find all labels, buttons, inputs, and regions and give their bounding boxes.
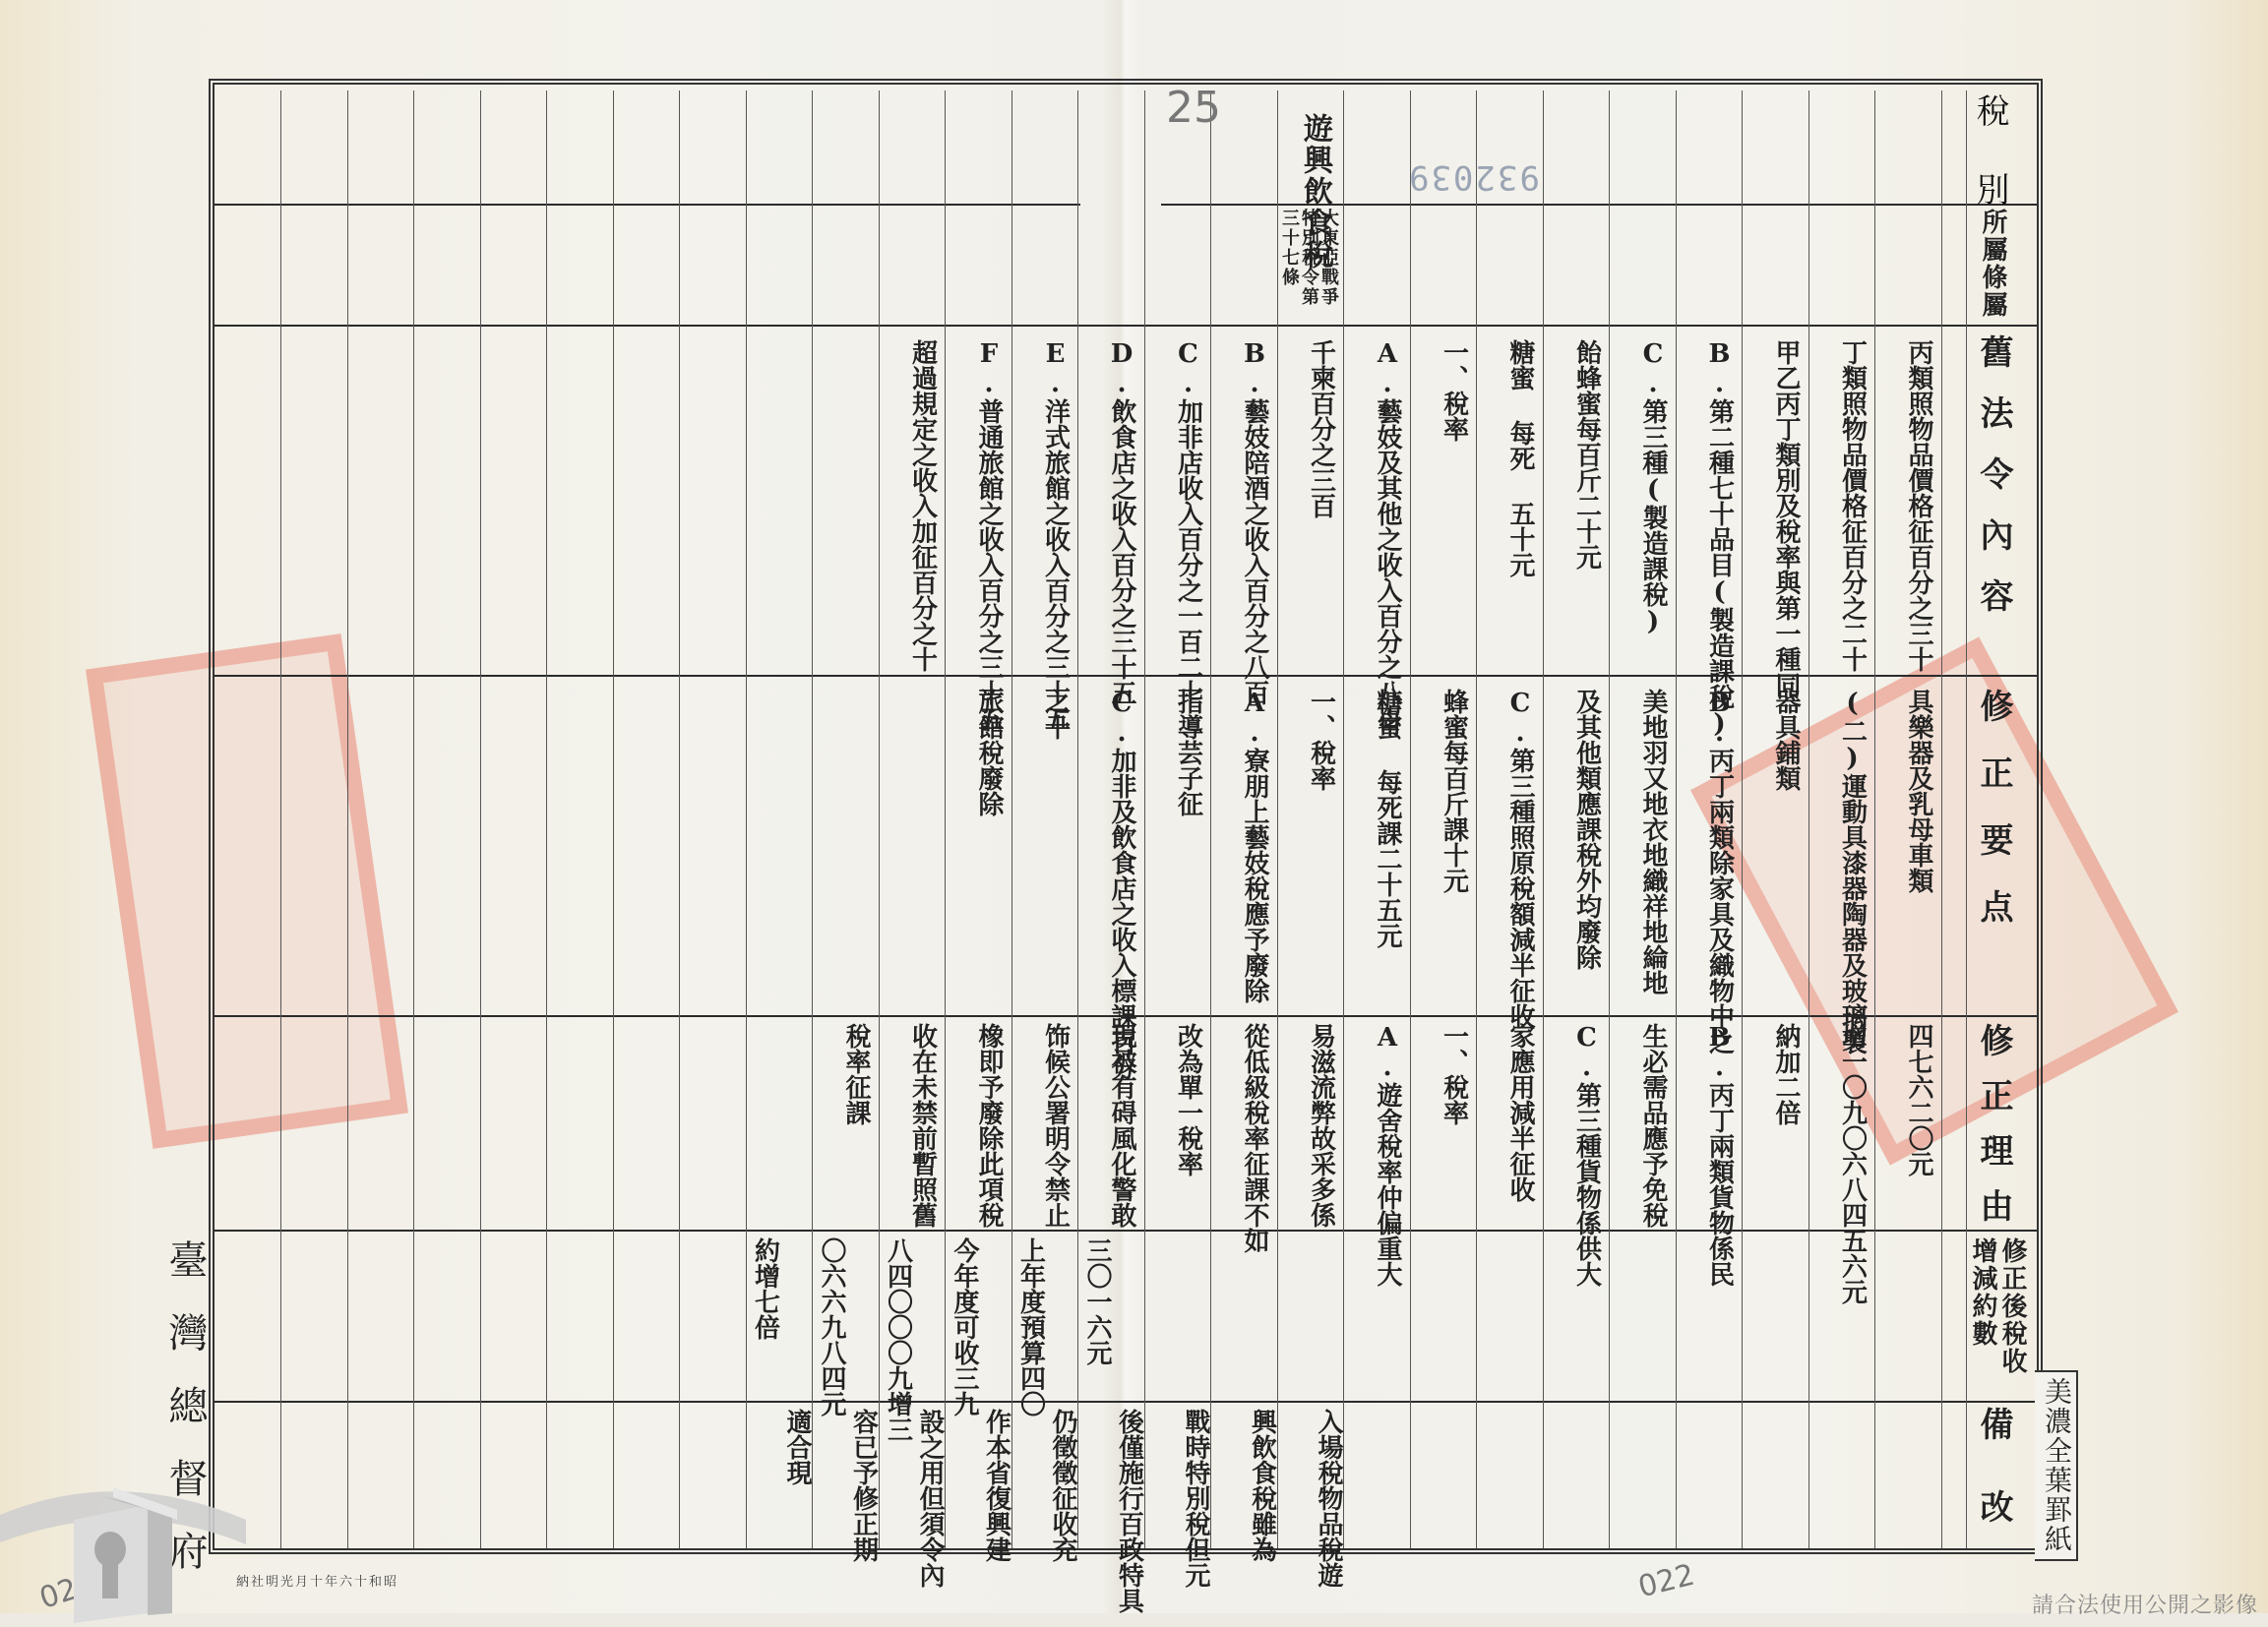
revision-reason-column: 增一〇九〇六八四五六元 [1838, 1023, 1868, 1304]
revision-reason-column: 納加二倍 [1771, 1023, 1801, 1125]
remark-column: 容已予修正期 [849, 1409, 879, 1562]
revision-reason-column: 四七六二〇元 [1904, 1023, 1933, 1176]
remark-column: 適合現 [782, 1409, 812, 1485]
column-rule [812, 90, 813, 1548]
revision-reason-column: 收在未禁前暫照舊 [908, 1023, 938, 1228]
revision-point-column: A.寮朋上藝妓稅應予廢除 [1240, 689, 1269, 1003]
revision-point-column: 具樂器及乳母車類 [1904, 689, 1933, 893]
row-rule [215, 325, 2037, 327]
revision-reason-column: 從低級稅率征課不如 [1240, 1023, 1269, 1253]
revision-point-column: 糖蜜 每死課二十五元 [1373, 689, 1402, 948]
column-rule [1410, 90, 1411, 1548]
remark-column: 戰時特別稅但元 [1181, 1409, 1210, 1588]
revision-point-column: 旅館稅廢除 [974, 689, 1004, 816]
tax-name-article: 大東亞戰爭特別稅令第三十七條 [1279, 209, 1338, 325]
old-law-column: 丙類照物品價格征百分之三十 [1904, 339, 1933, 672]
column-rule [1476, 90, 1477, 1548]
revision-reason-column: 易滋流弊故采多係 [1307, 1023, 1336, 1228]
old-law-column: C.加非店收入百分之一百二十 [1174, 339, 1203, 705]
revision-point-column: 及其他類應課稅外均廢除 [1572, 689, 1602, 970]
old-law-column: 糖蜜 每死 五十元 [1505, 339, 1535, 577]
revision-point-column: 指導芸子征 [1174, 689, 1203, 816]
column-rule [1543, 90, 1544, 1548]
column-rule [480, 90, 481, 1548]
column-rule [1077, 90, 1078, 1548]
revision-point-column: 一、稅率 [1307, 689, 1336, 791]
revision-reason-column: B.丙丁兩類貨物係民 [1705, 1023, 1735, 1287]
header-remarks: 備改 [1972, 1407, 2015, 1572]
remark-column: 後僅施行百政特具 [1115, 1409, 1144, 1613]
old-law-column: A.藝妓及其他之收入百分之八百 [1373, 339, 1402, 731]
column-rule [746, 90, 747, 1548]
accession-stamp: 932039 [1407, 157, 1540, 197]
column-rule [1277, 90, 1278, 1548]
revision-point-column: 蜂蜜每百斤課十元 [1440, 689, 1469, 893]
column-rule [879, 90, 880, 1548]
usage-watermark: 請合法使用公開之影像 [2032, 1589, 2258, 1619]
remark-column: 入場稅物品稅遊 [1314, 1409, 1343, 1588]
paper-brand-label: 美濃全葉罫紙 [2035, 1370, 2078, 1561]
revision-reason-column: 家應用減半征收 [1505, 1023, 1535, 1202]
column-rule [1343, 90, 1344, 1548]
old-law-column: F.普通旅館之收入百分之三十五 [974, 339, 1004, 731]
header-revised-amount: 修正後稅收增減約數 [1968, 1237, 2027, 1385]
column-rule [1210, 90, 1211, 1548]
old-law-column: 千柬百分之三百 [1307, 339, 1336, 518]
revised-amount-column: 三〇一六元 [1082, 1237, 1112, 1365]
row-rule [215, 204, 1080, 206]
column-rule [413, 90, 414, 1548]
column-rule [347, 90, 348, 1548]
revision-reason-column: 生必需品應予免稅 [1638, 1023, 1668, 1228]
old-law-column: B.第二種七十品目(製造課稅) [1705, 339, 1735, 739]
revision-point-column: C.第三種照原稅額減半征收 [1505, 689, 1535, 1029]
old-law-column: 丁類照物品價格征百分之二十 [1838, 339, 1868, 672]
column-rule [1874, 90, 1875, 1548]
revision-reason-column: 饰候公署明令禁止 [1041, 1023, 1071, 1228]
revision-reason-column: 改為單一稅率 [1174, 1023, 1203, 1176]
revision-reason-column: 現被有碍風化警敢 [1107, 1023, 1136, 1228]
printer-imprint: 納社明光月十年六十和昭 [236, 1571, 398, 1590]
revised-amount-column: 今年度可收三九 [950, 1237, 979, 1416]
revision-reason-column: A.遊舍稅率仲偏重大 [1373, 1023, 1402, 1287]
column-rule [1808, 90, 1809, 1548]
old-law-column: 飴蜂蜜每百斤二十元 [1572, 339, 1602, 570]
old-law-column: 甲乙丙丁類別及稅率與第一種同 [1771, 339, 1801, 697]
column-rule [1941, 90, 1942, 1548]
archive-logo-icon [0, 1426, 256, 1623]
column-rule [1742, 90, 1743, 1548]
old-law-column: 超過規定之收入加征百分之十 [908, 339, 938, 672]
remark-column: 仍徵徵征收充 [1048, 1409, 1077, 1562]
column-rule [945, 90, 946, 1548]
row-rule [1161, 204, 2037, 206]
row-rule [215, 1401, 2037, 1403]
header-revision-reason: 修正理由 [1972, 1023, 2015, 1243]
header-relevant-article: 所屬條屬 [1978, 209, 2007, 319]
revision-reason-column: 稅率征課 [841, 1023, 871, 1125]
revision-point-column: C.加非及飲食店之收入標課百分 [1107, 689, 1136, 1080]
column-rule [1966, 90, 1967, 1548]
revision-point-column: 之十 [1041, 689, 1071, 740]
revision-reason-column: 一、稅率 [1440, 1023, 1469, 1125]
remark-column: 作本省復興建 [982, 1409, 1011, 1562]
header-revision-points: 修正要点 [1972, 689, 2015, 956]
old-law-column: 一、稅率 [1440, 339, 1469, 442]
column-rule [1144, 90, 1145, 1548]
column-rule [613, 90, 614, 1548]
column-rule [679, 90, 680, 1548]
pencil-page-number: 25 [1166, 83, 1221, 133]
old-law-column: C.第三種(製造課稅) [1638, 339, 1668, 636]
header-old-law-content: 舊法令內容 [1972, 334, 2015, 639]
column-rule [1676, 90, 1677, 1548]
column-rule [546, 90, 547, 1548]
old-law-column: E.洋式旅館之收入百分之三十五 [1041, 339, 1071, 731]
row-rule [215, 1230, 2037, 1232]
column-rule [1011, 90, 1012, 1548]
revision-reason-column: C.第三種貨物係供大 [1572, 1023, 1602, 1287]
revised-amount-column: 〇六六九八四元 [817, 1237, 846, 1416]
column-rule [280, 90, 281, 1548]
revision-point-column: (二)運動具漆器陶器及玻璃製 [1838, 689, 1868, 1055]
old-law-column: D.飲食店之收入百分之三十五 [1107, 339, 1136, 705]
column-rule [1609, 90, 1610, 1548]
revision-reason-column: 橡即予廢除此項稅 [974, 1023, 1004, 1228]
revised-amount-column: 上年度預算四〇 [1016, 1237, 1046, 1416]
old-law-column: B.藝妓陪酒之收入百分之八百 [1240, 339, 1269, 705]
revision-point-column: 美地羽又地衣地織祥地綸地 [1638, 689, 1668, 995]
remark-column: 設之用但須令內 [915, 1409, 945, 1588]
revision-point-column: 器具鋪類 [1771, 689, 1801, 791]
remark-column: 興飲食稅雖為 [1248, 1409, 1277, 1562]
revision-point-column: B.丙丁兩類除家具及織物中之 [1705, 689, 1735, 1055]
revised-amount-column: 約增七倍 [751, 1237, 780, 1340]
revised-amount-column: 八四〇〇〇九增三 [884, 1237, 913, 1442]
